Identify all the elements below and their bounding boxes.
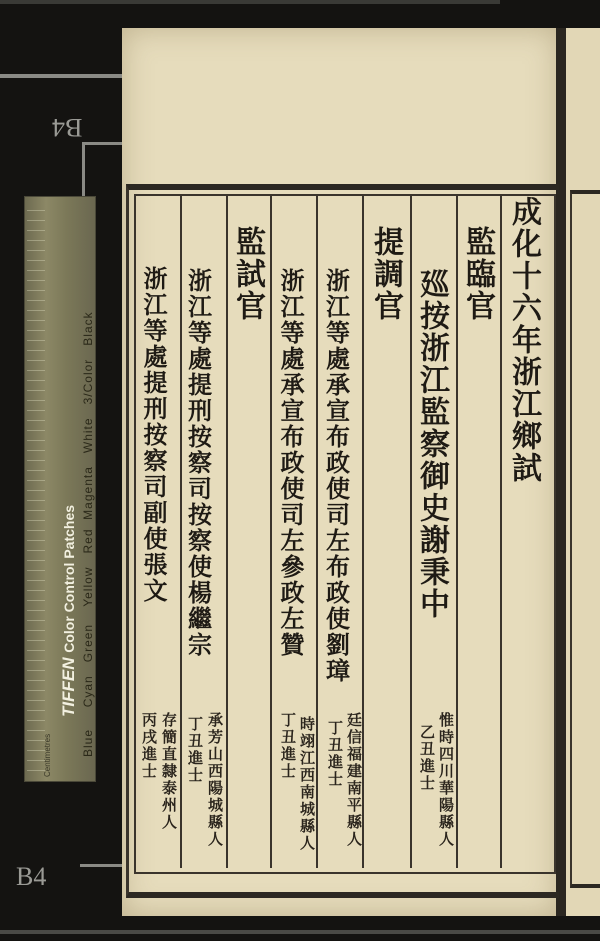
patch-labels: Blue Cyan Green Yellow Red Magenta White… bbox=[81, 311, 95, 757]
column-rule bbox=[180, 196, 182, 868]
entry-note: 丁丑進士 bbox=[326, 720, 343, 788]
column-rule bbox=[226, 196, 228, 868]
section-title-examiner: 監試官 bbox=[230, 226, 264, 322]
patch-yellow: Yellow bbox=[81, 567, 95, 607]
entry-text: 廵按浙江監察御史謝秉中 bbox=[414, 268, 448, 620]
entry-note: 廷信福建南平縣人 bbox=[345, 712, 362, 848]
mat-line bbox=[82, 142, 85, 196]
entry-text: 浙江等處承宣布政使司左布政使劉璋 bbox=[322, 268, 350, 684]
patch-blue: Blue bbox=[81, 729, 95, 757]
section-title-administrator: 提調官 bbox=[368, 226, 402, 322]
patch-3color: 3/Color bbox=[81, 359, 95, 405]
entry-note: 惟時四川華陽縣人 bbox=[437, 712, 454, 848]
entry-text: 浙江等處承宣布政使司左參政左贊 bbox=[276, 268, 305, 658]
column-rule bbox=[410, 196, 412, 868]
unit-label: Centimetres bbox=[43, 734, 52, 777]
patch-cyan: Cyan bbox=[81, 675, 95, 707]
entry-text: 浙江等處提刑按察司副使張文 bbox=[138, 266, 168, 604]
patch-black: Black bbox=[81, 311, 95, 345]
patch-red: Red bbox=[81, 529, 95, 554]
document-header: 成化十六年浙江鄉試 bbox=[506, 196, 540, 484]
entry-note: 丁丑進士 bbox=[279, 712, 296, 780]
entry-note: 乙丑進士 bbox=[418, 724, 435, 792]
entry-note: 丙戌進士 bbox=[140, 712, 157, 780]
strip-brand: TIFFEN Color Control Patches bbox=[59, 505, 79, 717]
next-page-frame bbox=[570, 190, 600, 888]
mat-line bbox=[0, 0, 500, 4]
column-rule bbox=[316, 196, 318, 868]
color-control-strip: TIFFEN Color Control Patches Blue Cyan G… bbox=[24, 196, 96, 782]
mat-label-bottom: B4 bbox=[16, 862, 46, 892]
column-rule bbox=[456, 196, 458, 868]
patch-magenta: Magenta bbox=[81, 466, 95, 520]
patch-white: White bbox=[81, 417, 95, 453]
ruler-scale bbox=[27, 201, 45, 775]
section-title-supervisor: 監臨官 bbox=[460, 226, 494, 322]
mat-line bbox=[82, 142, 122, 145]
mat-line bbox=[0, 74, 122, 78]
mat-line bbox=[0, 930, 600, 934]
patch-green: Green bbox=[81, 624, 95, 662]
brand-text: TIFFEN bbox=[59, 658, 78, 718]
entry-note: 承芳山西陽城縣人 bbox=[206, 712, 223, 848]
entry-note: 丁丑進士 bbox=[186, 716, 203, 784]
unit-centimetres: Centimetres bbox=[43, 734, 52, 777]
entry-note: 存簡直隸泰州人 bbox=[160, 712, 177, 831]
column-rule bbox=[500, 196, 502, 868]
entry-note: 時翊江西南城縣人 bbox=[298, 716, 315, 852]
entry-text: 浙江等處提刑按察司按察使楊繼宗 bbox=[184, 268, 212, 658]
mat-line bbox=[80, 864, 122, 867]
column-rule bbox=[270, 196, 272, 868]
strip-title: Color Control Patches bbox=[61, 505, 77, 653]
mat-label-top: B4 bbox=[52, 112, 82, 142]
